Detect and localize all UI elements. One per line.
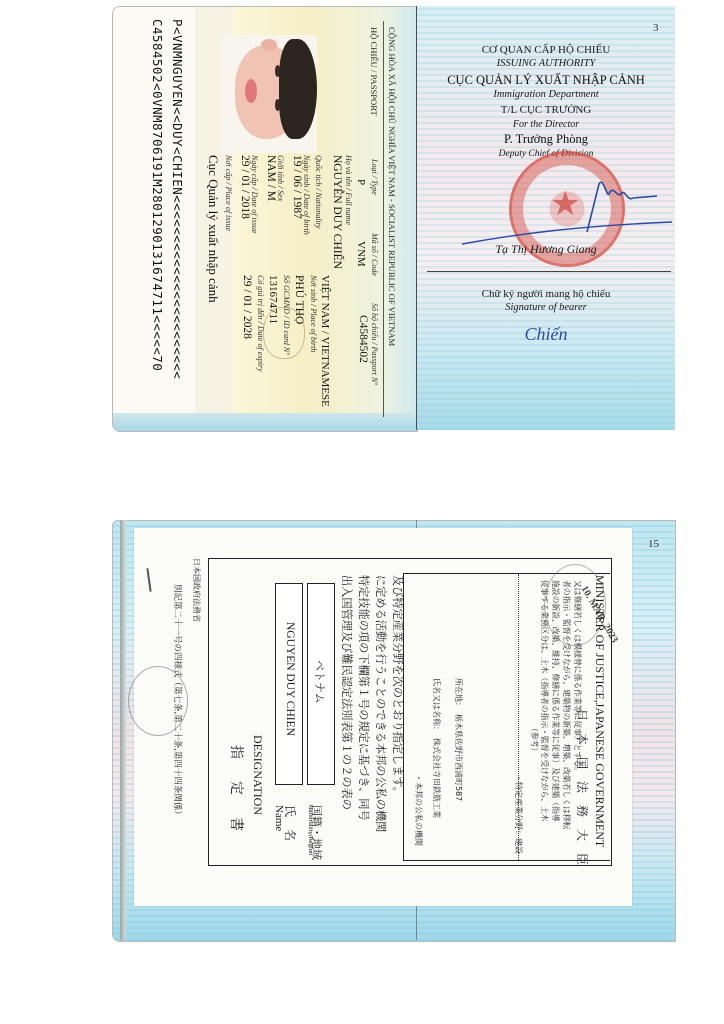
type-label: Loại / Type xyxy=(370,159,379,195)
holder-photo xyxy=(221,35,317,153)
place-of-issue-value: Cục Quản lý xuất nhập cảnh xyxy=(205,155,221,303)
page-number: 3 xyxy=(653,22,659,34)
bearer-signature: Chiến xyxy=(417,324,675,345)
pen-mark xyxy=(146,568,151,592)
passport-no-value: C4584502 xyxy=(357,315,369,363)
designation-title-jp: 指 定 書 xyxy=(227,745,247,835)
issue-date-value: 29 / 01 / 2018 xyxy=(239,155,251,219)
header-divider xyxy=(383,21,384,417)
org-name: 氏名又は名称： 株式会社寺田鉄筋工業 xyxy=(431,678,442,818)
signature-divider xyxy=(427,271,671,272)
nationality-value: ベトナム xyxy=(312,660,328,703)
sex-label: Giới tính / Sex xyxy=(276,155,285,201)
body-line-1: 出入国管理及び難民認定法別表第１の２の表の xyxy=(339,575,355,810)
code-value: VNM xyxy=(355,241,367,267)
org-address: 所在地： 栃木県佐野市西浦町587 xyxy=(453,678,464,801)
designation-frame: 指 定 書 DESIGNATION 氏 名 Name NGUYEN DUY CH… xyxy=(208,558,612,866)
passport-issuer-page: 3 CƠ QUAN CẤP HỘ CHIẾU ISSUING AUTHORITY… xyxy=(416,6,675,430)
body-line-2: 特定技能の項の下欄第１号の規定に基づき、同号 xyxy=(356,575,372,821)
page-edge-band xyxy=(113,413,417,431)
designation-sheet: 別記第二十一号の四様式（第七条,第二十条,第四十四条関係） 日本国政府法務省 指… xyxy=(134,528,632,906)
photo-ear xyxy=(261,39,277,51)
dob-value: 19 / 06 / 1987 xyxy=(291,155,303,219)
nationality-label-en: Nationality/Region xyxy=(307,805,313,856)
pob-label: Nơi sinh / Place of birth xyxy=(309,275,318,352)
passport-spread-identity: CỘNG HÒA XÃ HỘI CHỦ NGHĨA VIỆT NAM - SOC… xyxy=(112,6,674,430)
authority-en: ISSUING AUTHORITY xyxy=(417,58,675,69)
expiry-value: 29 / 01 / 2028 xyxy=(241,275,253,339)
full-name-value: NGUYỄN DUY CHIẾN xyxy=(331,155,343,269)
name-box: NGUYEN DUY CHIEN xyxy=(275,583,303,785)
issue-date-label: Ngày cấp / Date of issue xyxy=(250,155,259,233)
passport-no-label: Số hộ chiếu / Passport Nº xyxy=(370,303,379,385)
photo-eye xyxy=(275,99,280,111)
doc-title: HỘ CHIẾU / PASSPORT xyxy=(369,27,379,116)
for-director-vn: T/L CỤC TRƯỞNG xyxy=(417,104,675,116)
bearer-signature-label-vn: Chữ ký người mang hộ chiếu xyxy=(417,288,675,300)
page-binding xyxy=(120,520,126,940)
issuer-small: 日本国政府法務省 xyxy=(191,558,202,622)
dob-label: Ngày sinh / Date of birth xyxy=(302,155,311,235)
mrz-line-1: P<VNMNGUYEN<<DUY<CHIEN<<<<<<<<<<<<<<<<<<… xyxy=(170,19,185,379)
type-value: P xyxy=(355,179,367,185)
authority-vn: CƠ QUAN CẤP HỘ CHIẾU xyxy=(417,44,675,56)
code-label: Mã số / Code xyxy=(370,233,379,276)
name-value: NGUYEN DUY CHIEN xyxy=(284,622,296,736)
minister-jp: 日 本 国 法 務 大 臣 xyxy=(574,709,591,865)
photo-eye xyxy=(275,65,280,77)
designation-title-en: DESIGNATION xyxy=(250,735,265,815)
full-name-label: Họ và tên / Full name xyxy=(344,155,353,225)
mrz-line-2: C4584502<0VNM8706191M2801290131674711<<<… xyxy=(150,19,165,371)
department-vn: CỤC QUẢN LÝ XUẤT NHẬP CẢNH xyxy=(417,73,675,88)
country-header: CỘNG HÒA XÃ HỘI CHỦ NGHĨA VIỆT NAM - SOC… xyxy=(387,27,397,346)
emblem-watermark-icon xyxy=(263,307,305,359)
nationality-value: VIỆT NAM / VIETNAMESE xyxy=(319,275,331,407)
nationality-box: ベトナム xyxy=(307,583,335,785)
photo-lips xyxy=(245,79,257,103)
form-reference: 別記第二十一号の四様式（第七条,第二十条,第四十四条関係） xyxy=(172,584,184,819)
dotted-divider xyxy=(518,574,519,860)
passport-spread-designation: 15 別記第二十一号の四様式（第七条,第二十条,第四十四条関係） 日本国政府法務… xyxy=(112,520,674,940)
org-heading: ・本邦の公私の機関 xyxy=(413,774,424,846)
title-vn: P. Trưởng Phòng xyxy=(417,132,675,147)
passport-data-page: CỘNG HÒA XÃ HỘI CHỦ NGHĨA VIỆT NAM - SOC… xyxy=(112,6,418,432)
bearer-signature-label-en: Signature of bearer xyxy=(417,302,675,313)
place-of-issue-label: Nơi cấp / Place of issue xyxy=(224,155,233,231)
photo-hair xyxy=(279,39,317,139)
body-line-3: に定める活動を行うことのできる本邦の公私の機関 xyxy=(373,575,389,832)
department-en: Immigration Department xyxy=(417,89,675,100)
name-label-en: Name xyxy=(273,805,285,831)
sex-value: NAM / M xyxy=(265,155,277,201)
page-number: 15 xyxy=(648,538,659,550)
minister-en: MINISTER OF JUSTICE,JAPANESE GOVERNMENT xyxy=(592,575,607,847)
nationality-label: Quốc tịch / Nationality xyxy=(314,155,323,229)
for-director-en: For the Director xyxy=(417,119,675,130)
signatory-name: Tạ Thị Hương Giang xyxy=(417,242,675,257)
